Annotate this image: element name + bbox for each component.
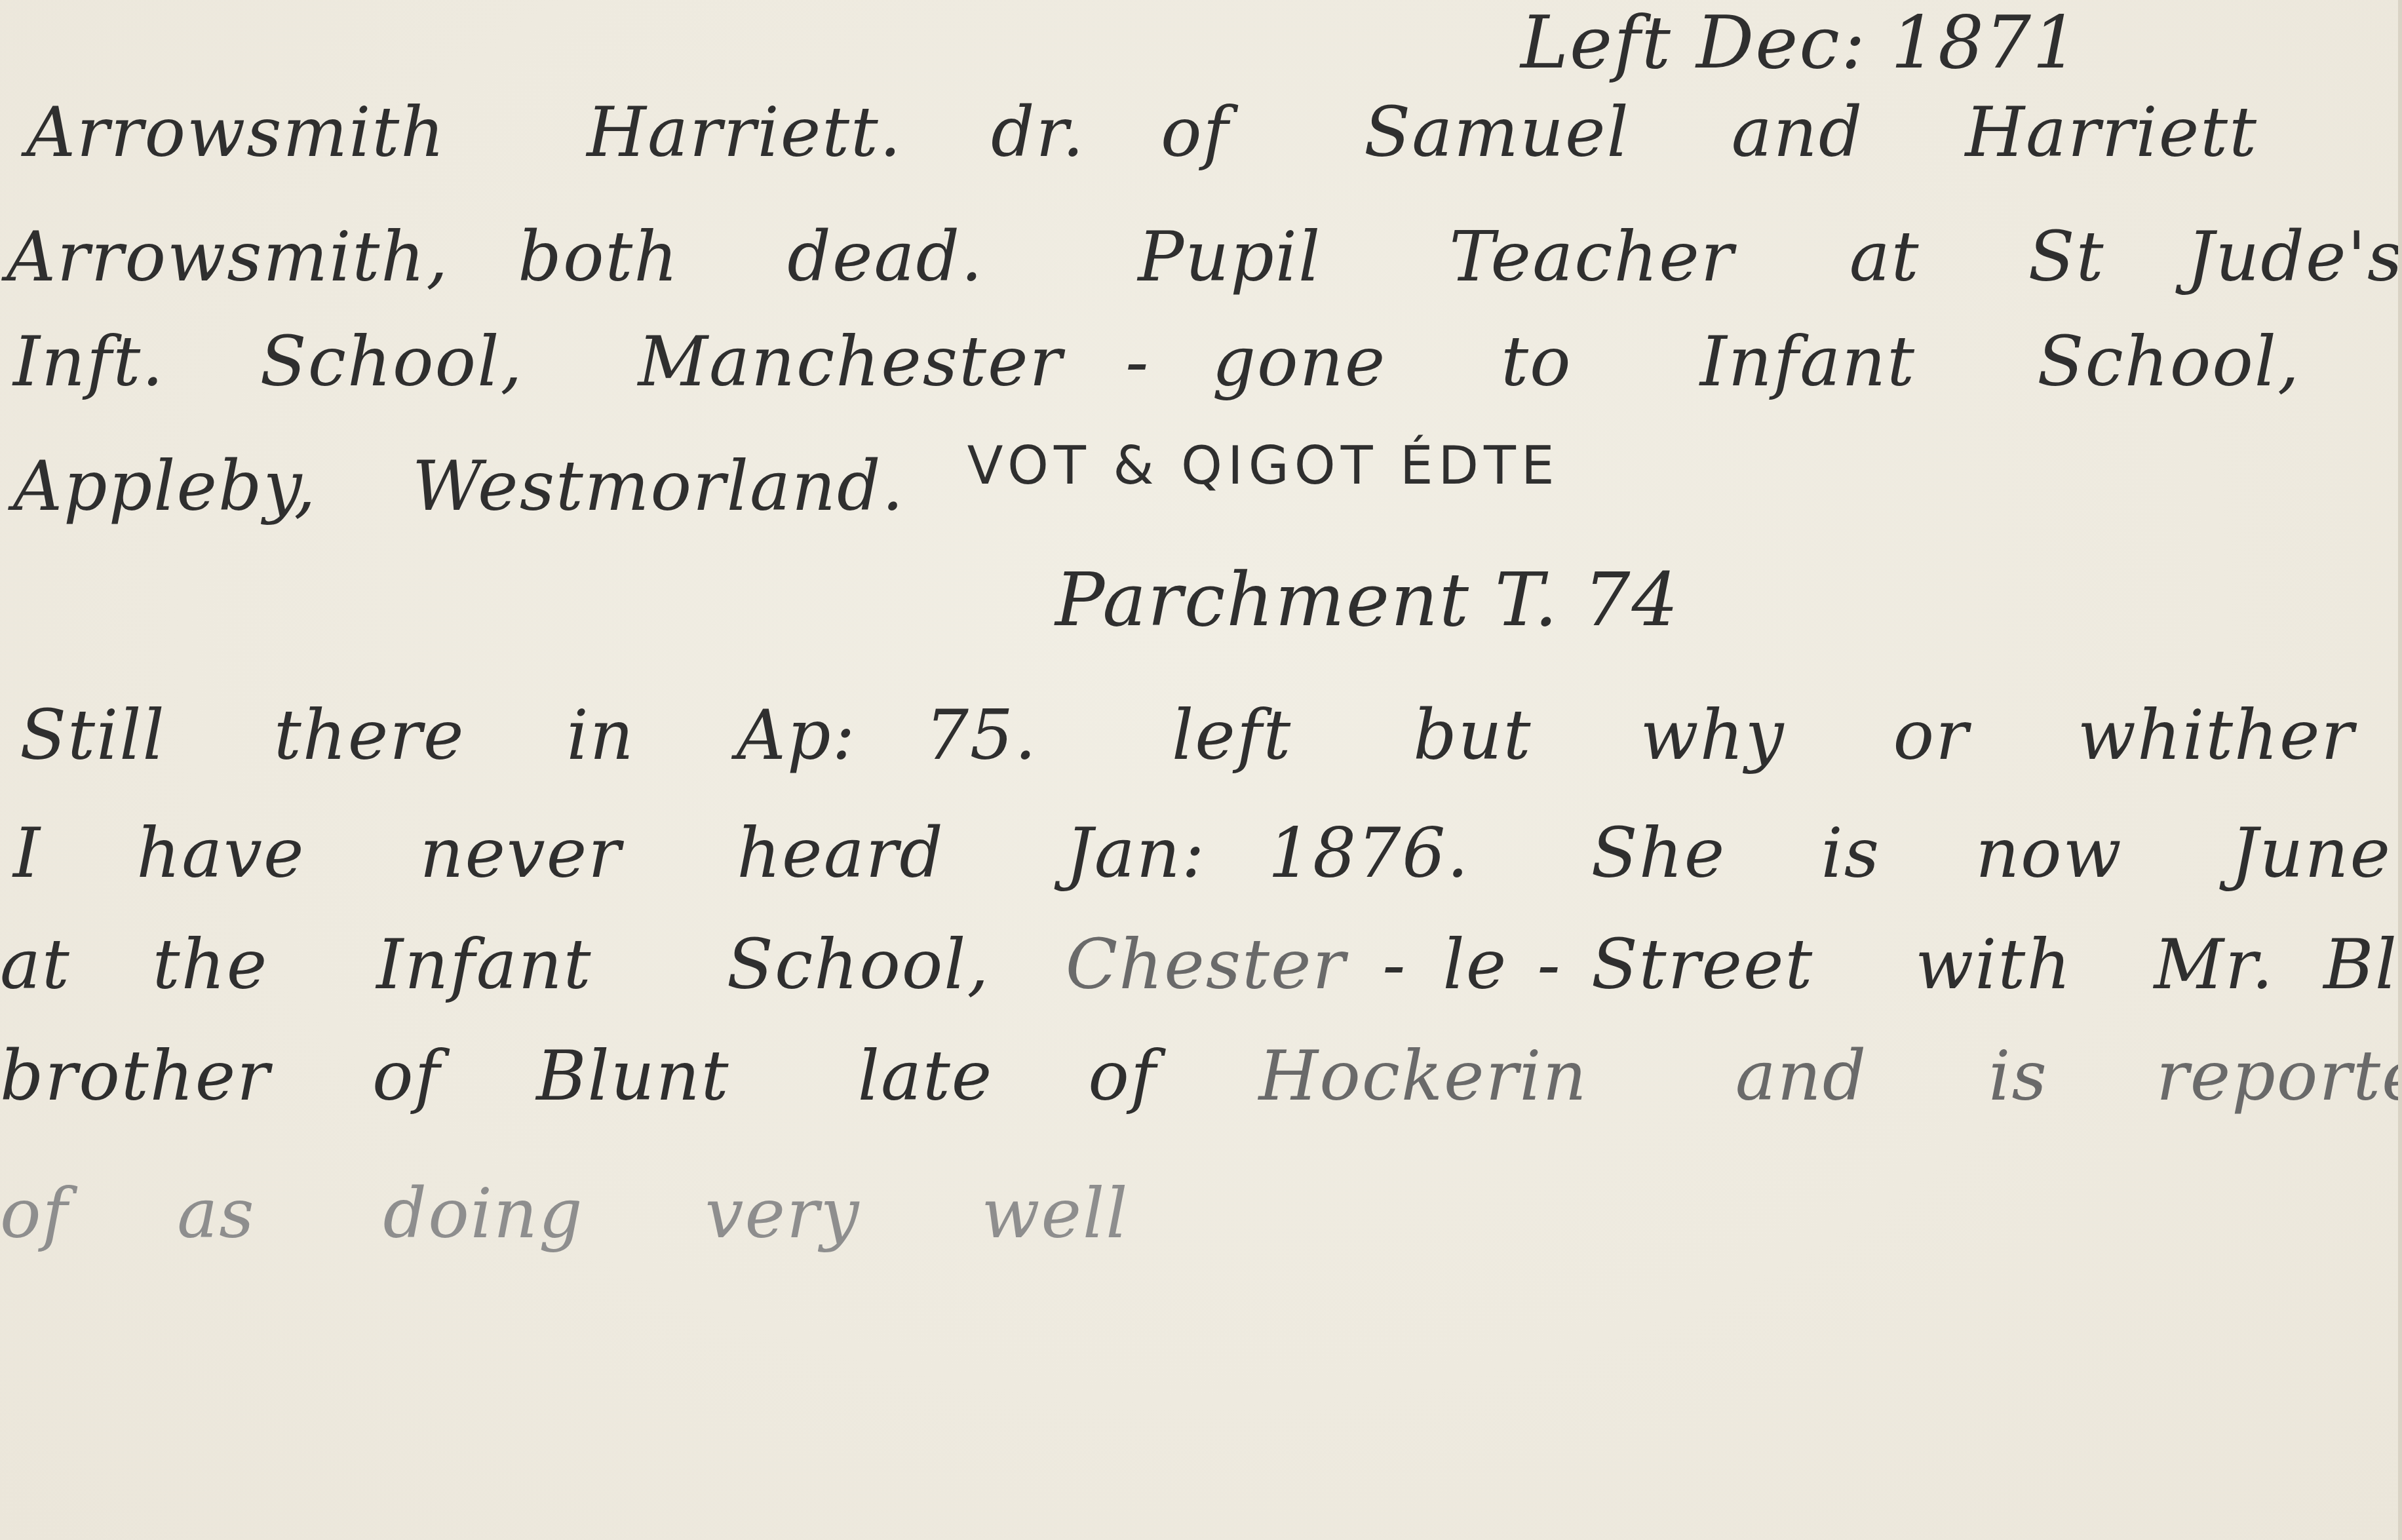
record-line-8: at the Infant School, Chester - le - Str… [0,931,2402,999]
word: - [1537,931,1561,999]
record-line-1: Arrowsmith Harriett. dr. of Samuel and H… [26,98,2258,166]
father-name: Samuel [1364,98,1630,166]
word: or [1893,701,1969,769]
word: 75. [925,701,1037,769]
word: gone [1212,328,1387,396]
word: is [1821,819,1880,887]
word: Infant [376,931,592,999]
word: School, [260,328,523,396]
word: reported [2156,1042,2402,1110]
word: dr. [991,98,1085,166]
record-line-6: Still there in Ap: 75. left but why or w… [20,701,2355,769]
word: St [2028,223,2105,291]
word: now [1975,819,2123,887]
word: and [1732,98,1864,166]
word: of [0,1180,69,1248]
word: She [1591,819,1726,887]
word: le [1443,931,1508,999]
word: both [518,223,679,291]
word: but [1413,701,1532,769]
mother-name: Harriett [1965,98,2258,166]
word: of [1161,98,1230,166]
word: brother [0,1042,271,1110]
word: at [0,931,71,999]
cipher-annotation: VOT & QIGOT ÉDTE [967,440,1560,492]
word: whither [2078,701,2355,769]
word: as [177,1180,255,1248]
word: - [1382,931,1406,999]
record-line-3: Inft. School, Manchester - gone to Infan… [13,328,2300,396]
record-line-4: Appleby, Westmorland. VOT & QIGOT ÉDTE [13,452,1560,520]
word: to [1501,328,1572,396]
word: late [858,1042,994,1110]
surname: Arrowsmith [26,98,446,166]
word: School, [727,931,990,999]
word: Pupil [1138,223,1321,291]
word: with [1915,931,2072,999]
word: Hockerin [1259,1042,1588,1110]
parchment-heading: Parchment T. 74 [1055,564,1680,637]
word: and [1735,1042,1868,1110]
header-note: Left Dec: 1871 [1521,7,2080,79]
word: doing [383,1180,584,1248]
word: left [1172,701,1292,769]
word: Jan: [1066,819,1206,887]
word: I [13,819,41,887]
word: Jude's [2187,223,2402,291]
word: June [2231,819,2392,887]
word: why [1640,701,1785,769]
word: Inft. [13,328,165,396]
document-page: Left Dec: 1871 Arrowsmith Harriett. dr. … [0,0,2402,1540]
word: Appleby, [13,452,317,520]
word: the [153,931,268,999]
page-edge [2398,0,2402,1540]
word: 1876. [1268,819,1470,887]
record-line-2: Arrowsmith, both dead. Pupil Teacher at … [7,223,2402,291]
word: dead. [787,223,984,291]
word: Arrowsmith, [7,223,449,291]
word: in [567,701,635,769]
word: of [1088,1042,1157,1110]
word: Street [1591,931,1814,999]
word: Infant [1700,328,1916,396]
word: Blunt [536,1042,729,1110]
word: Manchester [638,328,1064,396]
word: heard [737,819,944,887]
word: there [274,701,465,769]
word: Teacher [1449,223,1734,291]
forename: Harriett. [587,98,902,166]
record-line-9: brother of Blunt late of Hockerin and is… [0,1042,2402,1110]
record-line-7: I have never heard Jan: 1876. She is now… [13,819,2402,887]
word: of [372,1042,441,1110]
word: Mr. [2154,931,2274,999]
word: very [705,1180,861,1248]
word: well [982,1180,1129,1248]
word: Blunt [2323,931,2402,999]
word: - [1125,328,1150,396]
word: at [1850,223,1920,291]
word: is [1988,1042,2048,1110]
word: School, [2037,328,2300,396]
word: Still [20,701,166,769]
word: Chester [1066,931,1347,999]
word: Westmorland. [412,452,905,520]
record-line-10: of as doing very well [0,1180,1129,1248]
word: Ap: [737,701,857,769]
word: never [420,819,623,887]
word: have [136,819,305,887]
